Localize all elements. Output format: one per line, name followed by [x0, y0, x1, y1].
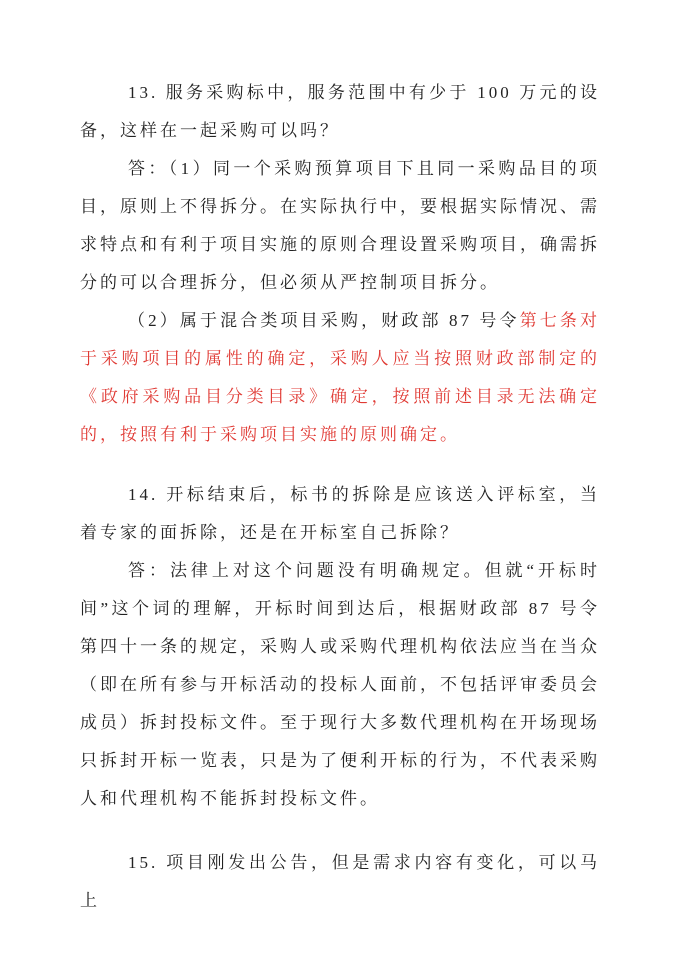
- q13-answer-paragraph-1: 答：（1）同一个采购预算项目下且同一采购品目的项目，原则上不得拆分。在实际执行中…: [80, 150, 600, 302]
- q14-question: 14. 开标结束后，标书的拆除是应该送入评标室，当着专家的面拆除，还是在开标室自…: [80, 476, 600, 552]
- q13-answer-2-plain-text: （2）属于混合类项目采购，财政部 87 号令: [128, 311, 520, 330]
- q13-question: 13. 服务采购标中，服务范围中有少于 100 万元的设备，这样在一起采购可以吗…: [80, 74, 600, 150]
- q13-answer-paragraph-2: （2）属于混合类项目采购，财政部 87 号令第七条对于采购项目的属性的确定，采购…: [80, 302, 600, 454]
- q13-answer-2-red-emphasis-text: 第七条对于采购项目的属性的确定，采购人应当按照财政部制定的《政府采购品目分类目录…: [80, 311, 600, 444]
- q14-answer-paragraph: 答：法律上对这个问题没有明确规定。但就“开标时间”这个词的理解，开标时间到达后，…: [80, 552, 600, 818]
- document-page: 13. 服务采购标中，服务范围中有少于 100 万元的设备，这样在一起采购可以吗…: [0, 0, 680, 962]
- q15-question-start: 15. 项目刚发出公告，但是需求内容有变化，可以马上: [80, 844, 600, 920]
